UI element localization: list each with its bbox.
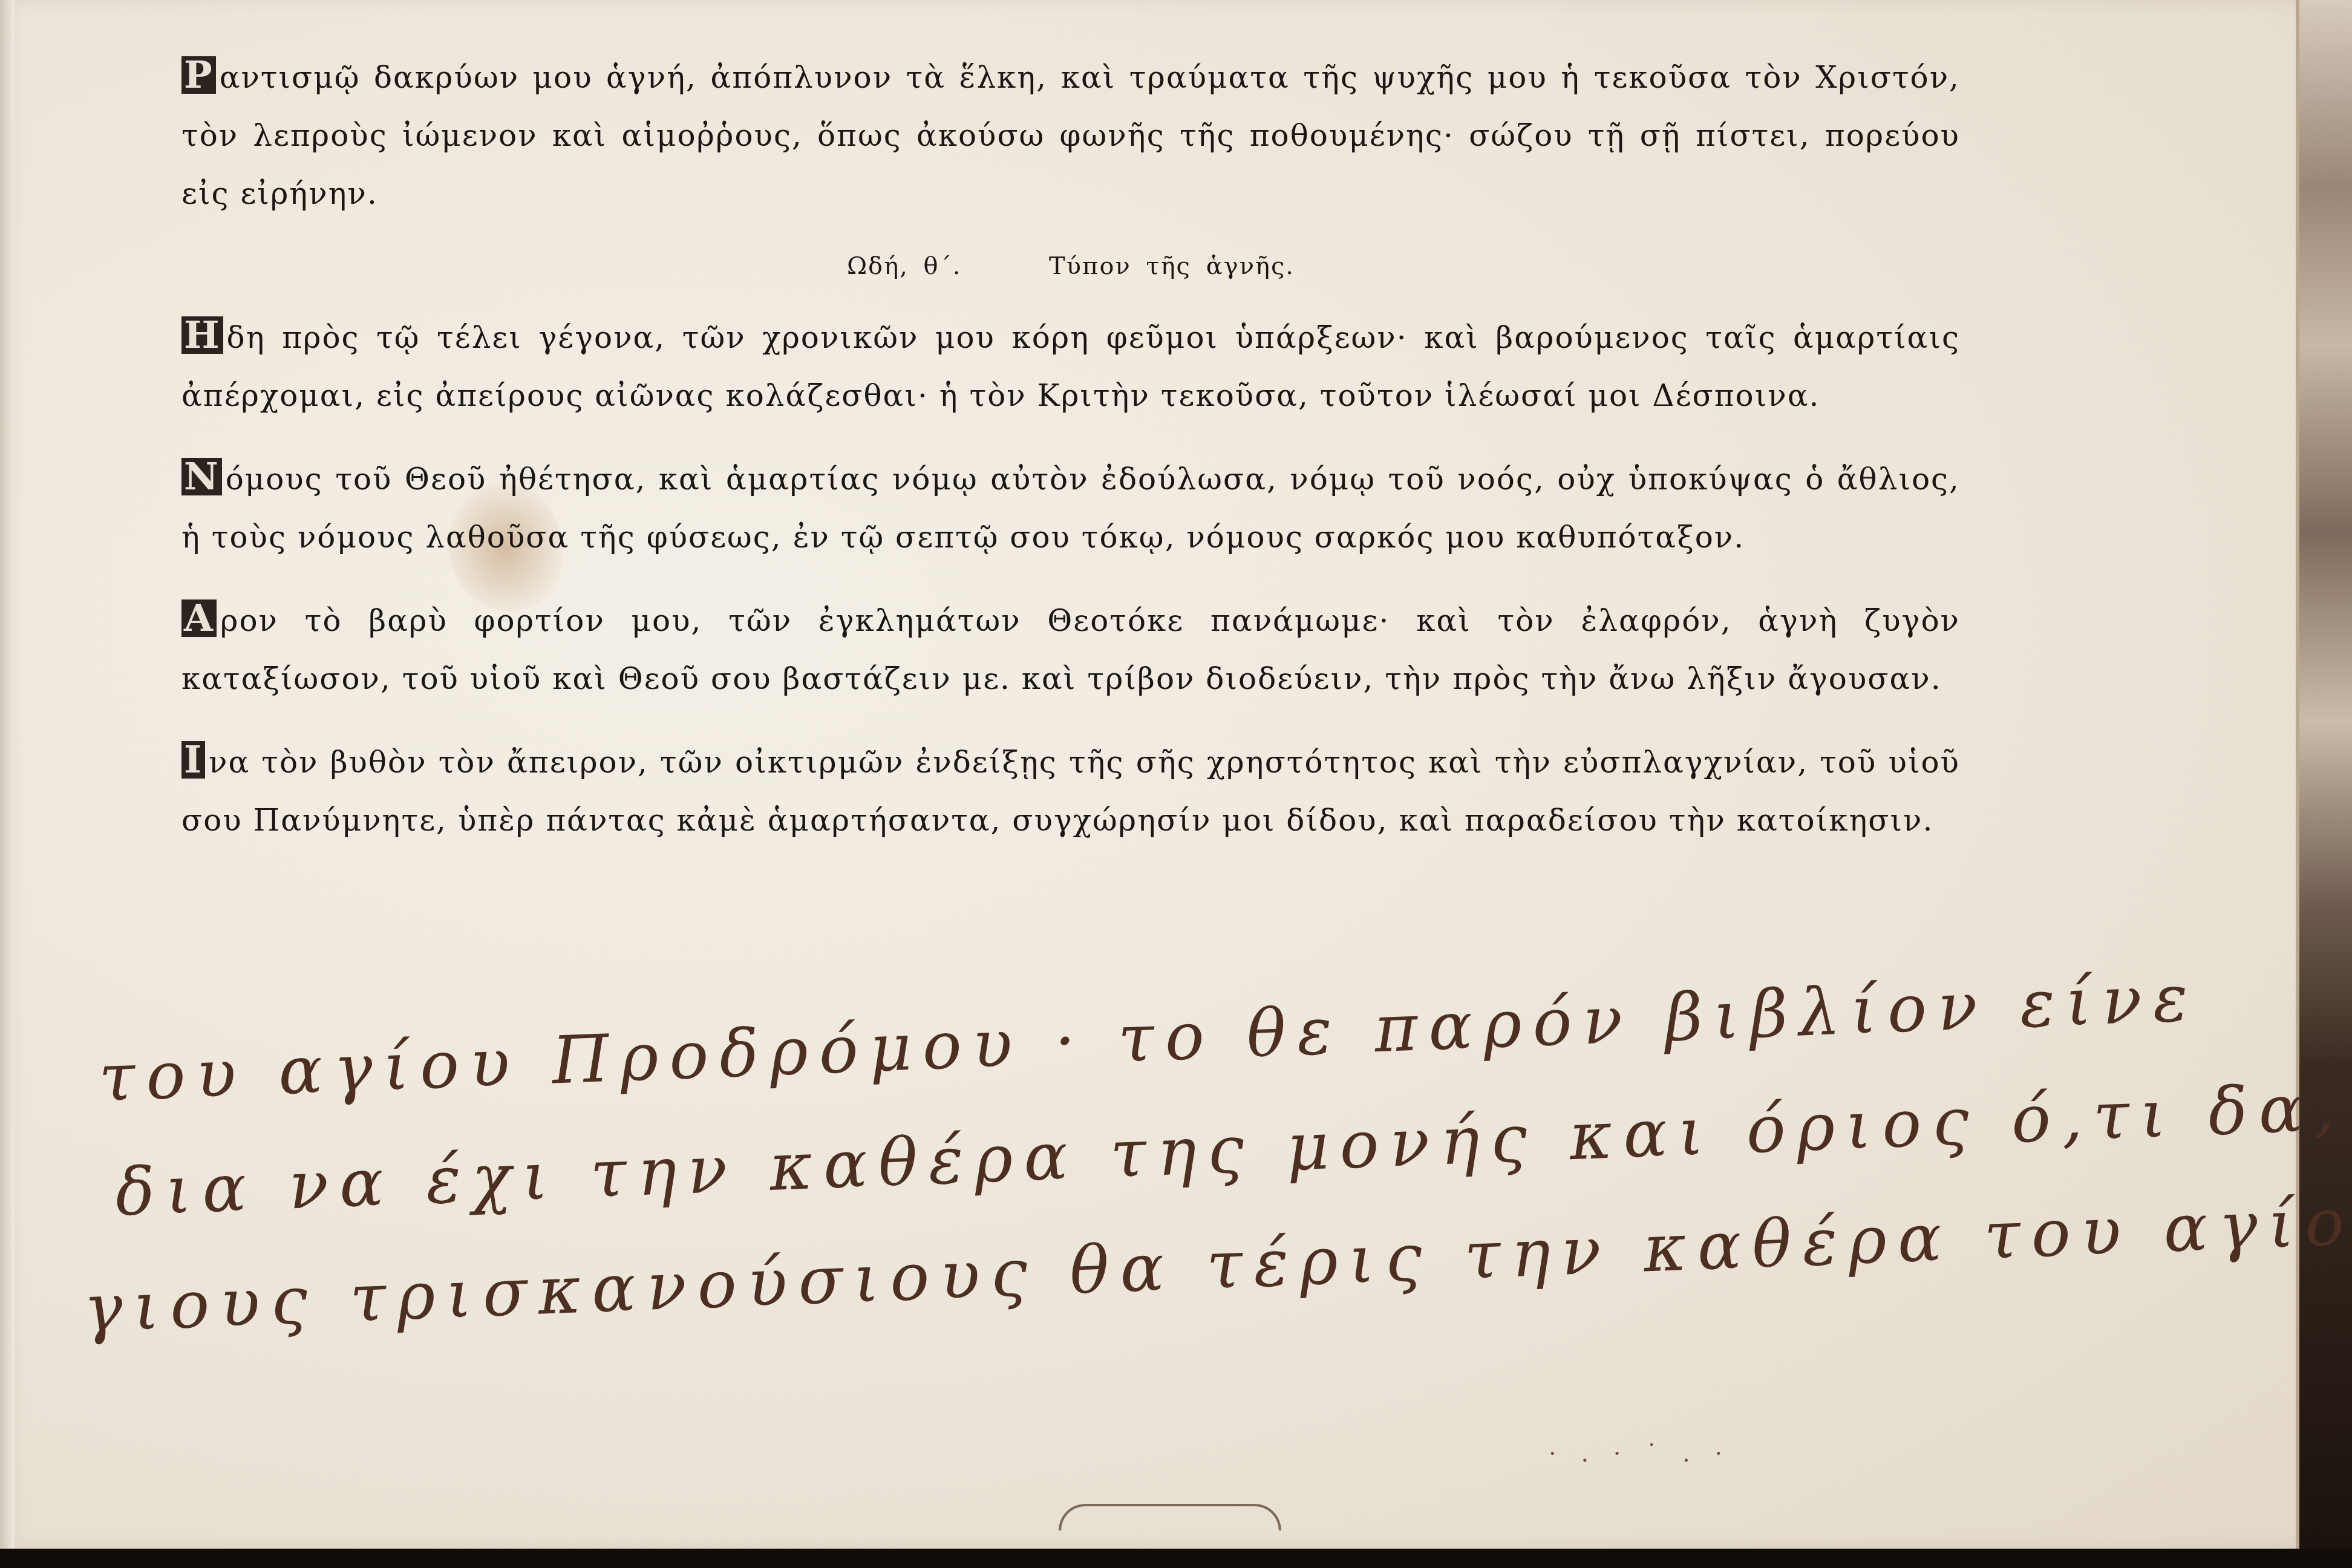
drop-cap: Η	[181, 316, 223, 354]
printed-text-block: Ραντισμῷ δακρύων μου ἁγνή, ἀπόπλυνον τὰ …	[181, 48, 1960, 875]
table-edge	[0, 1549, 2352, 1568]
troparion-1: Ηδη πρὸς τῷ τέλει γέγονα, τῶν χρονικῶν μ…	[181, 309, 1960, 425]
troparion-2: Νόμους τοῦ Θεοῦ ἠθέτησα, καὶ ἁμαρτίας νό…	[181, 450, 1960, 566]
drop-cap: Ν	[181, 458, 222, 495]
paragraph-text: να τὸν βυθὸν τὸν ἄπειρον, τῶν οἰκτιρμῶν …	[181, 745, 1960, 838]
paragraph-text: όμους τοῦ Θεοῦ ἠθέτησα, καὶ ἁμαρτίας νόμ…	[181, 462, 1960, 555]
ode-number: Ωδή, θ΄.	[847, 252, 961, 280]
troparion-4: Ινα τὸν βυθὸν τὸν ἄπειρον, τῶν οἰκτιρμῶν…	[181, 733, 1960, 849]
paragraph-text: δη πρὸς τῷ τέλει γέγονα, τῶν χρονικῶν μο…	[181, 320, 1960, 413]
ode-heading: Ωδή, θ΄. Τύπον τῆς ἁγνῆς.	[181, 237, 1960, 295]
paragraph-text: αντισμῷ δακρύων μου ἁγνή, ἀπόπλυνον τὰ ἕ…	[181, 60, 1960, 211]
handwritten-inscription: του αγίου Προδρόμου · το θε παρόν βιβλίο…	[73, 939, 2262, 1367]
troparion-3: Αρον τὸ βαρὺ φορτίον μου, τῶν ἐγκλημάτων…	[181, 592, 1960, 708]
page-gutter	[0, 0, 15, 1549]
paragraph-text: ρον τὸ βαρὺ φορτίον μου, τῶν ἐγκλημάτων …	[181, 603, 1960, 696]
paragraph-rantismo: Ραντισμῷ δακρύων μου ἁγνή, ἀπόπλυνον τὰ …	[181, 48, 1960, 223]
binding-tab	[1059, 1504, 1281, 1530]
background-surface	[2292, 0, 2352, 1568]
ink-specks: · . · ˙ . ·	[1549, 1440, 1731, 1468]
drop-cap: Α	[181, 599, 217, 637]
drop-cap: Ι	[181, 741, 205, 779]
book-page: Ραντισμῷ δακρύων μου ἁγνή, ἀπόπλυνον τὰ …	[0, 0, 2299, 1549]
drop-cap: Ρ	[181, 56, 216, 94]
ode-tune: Τύπον τῆς ἁγνῆς.	[1049, 252, 1295, 280]
